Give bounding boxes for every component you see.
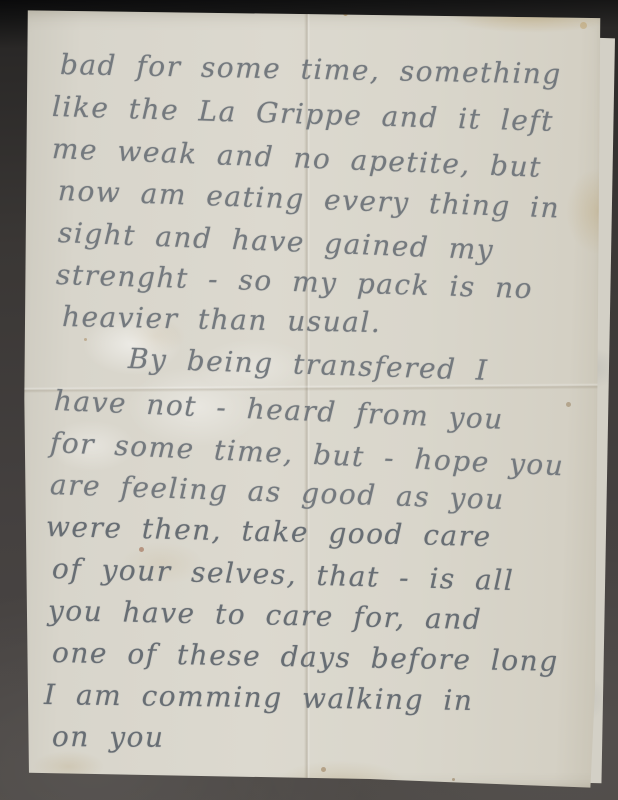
letter-line: on you xyxy=(52,716,594,762)
foxing-specks xyxy=(22,8,25,11)
handwritten-letter-text: bad for some time, something like the La… xyxy=(22,8,602,790)
photo-backdrop: bad for some time, something like the La… xyxy=(0,0,618,800)
letter-page: bad for some time, something like the La… xyxy=(22,8,602,790)
